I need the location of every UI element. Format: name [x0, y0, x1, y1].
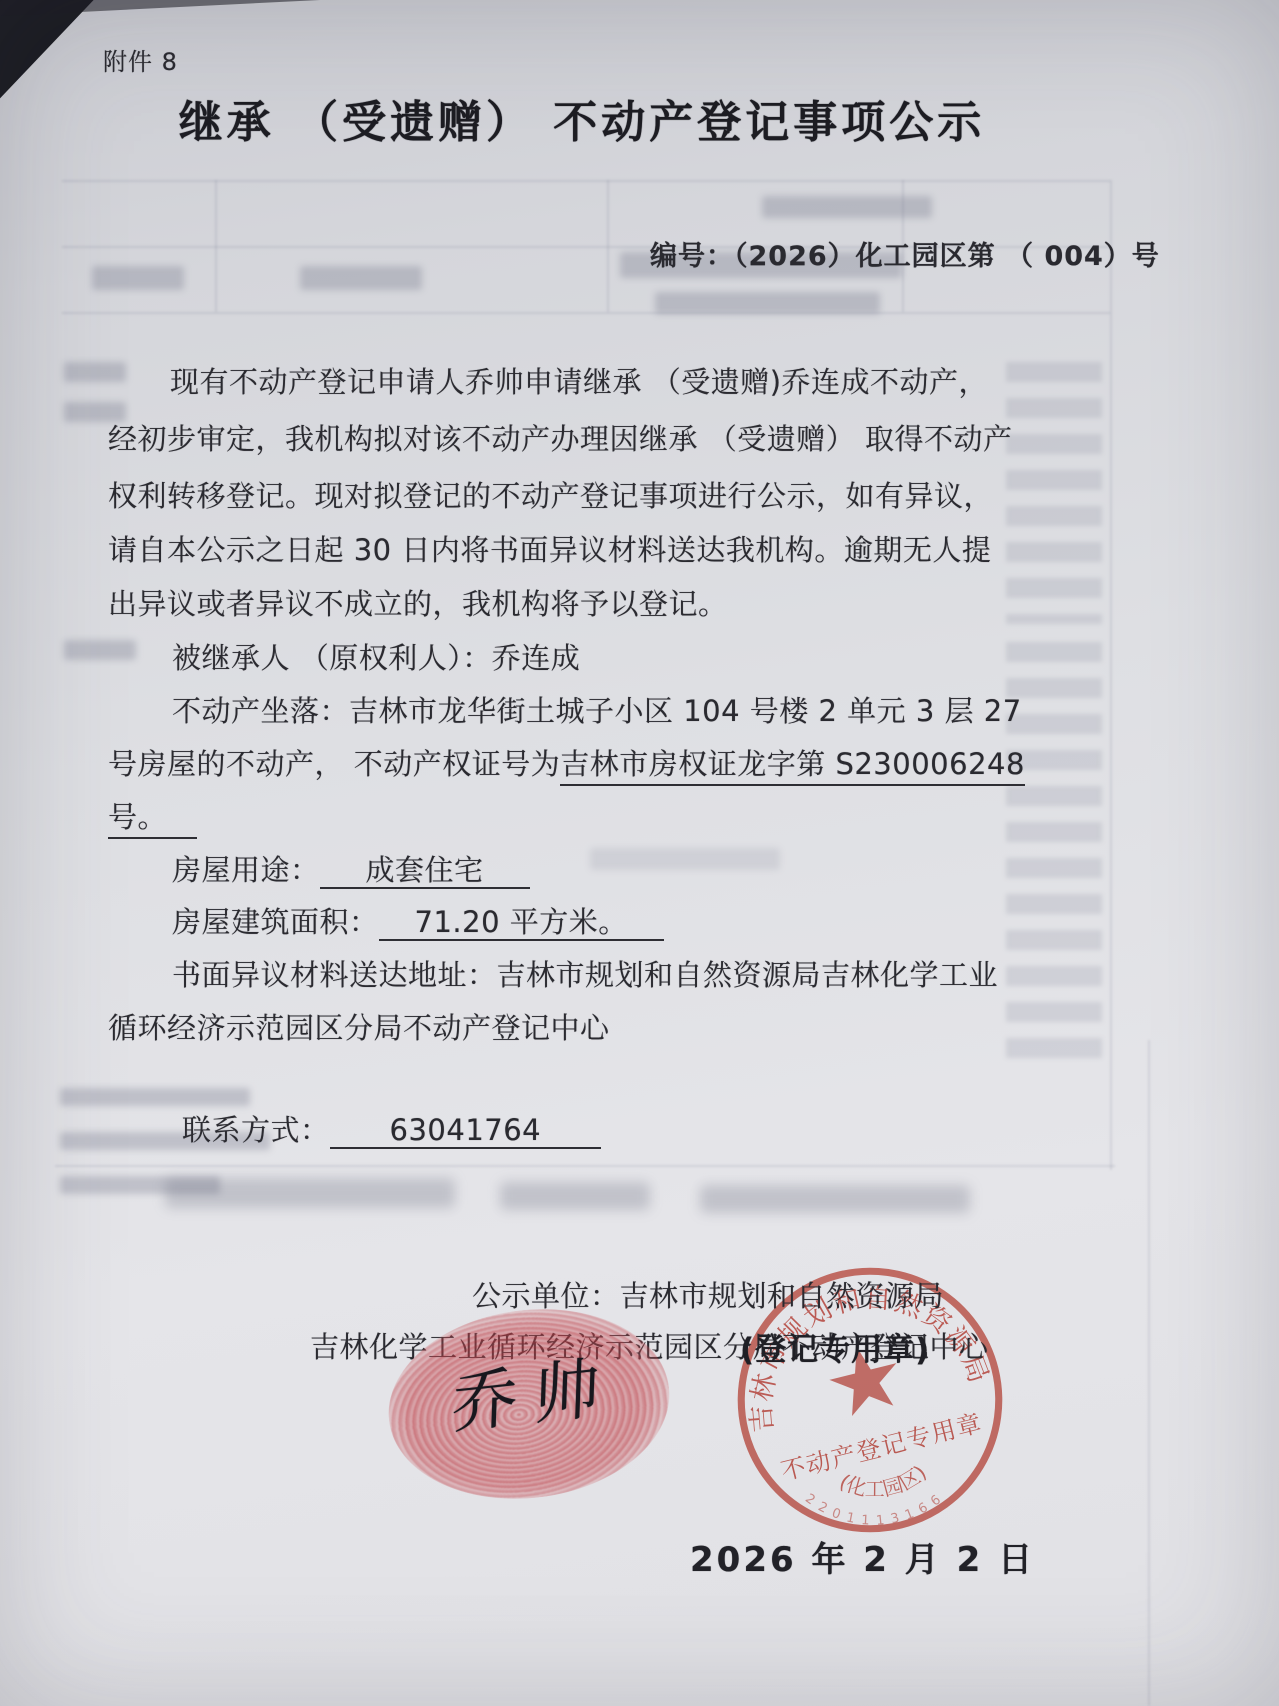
- body-line: 出异议或者异议不成立的，我机构将予以登记。: [108, 582, 728, 623]
- bleed-through-artifact: [1110, 180, 1112, 1170]
- property-location-line2: 号房屋的不动产， 不动产权证号为吉林市房权证龙字第 S230006248: [108, 742, 1025, 783]
- date-line: 2026 年 2 月 2 日: [690, 1532, 1035, 1581]
- body-line: 请自本公示之日起 30 日内将书面异议材料送达我机构。逾期无人提: [108, 528, 991, 569]
- contact-line: 联系方式：63041764: [182, 1108, 601, 1149]
- body-line: 现有不动产登记申请人乔帅申请继承 （受遗赠)乔连成不动产，: [170, 360, 988, 401]
- bleed-through-artifact: [92, 266, 184, 290]
- area-label: 房屋建筑面积：: [172, 905, 379, 939]
- body-line: 权利转移登记。现对拟登记的不动产登记事项进行公示，如有异议，: [108, 474, 993, 515]
- location-prefix: 号房屋的不动产， 不动产权证号为: [108, 747, 560, 781]
- document-photo: { "page": { "attachment_label": "附件 8", …: [0, 0, 1279, 1706]
- contact-label: 联系方式：: [182, 1113, 330, 1147]
- photo-corner-shadow: [0, 0, 120, 120]
- attachment-label: 附件 8: [103, 42, 178, 77]
- bleed-through-artifact: [762, 196, 932, 218]
- body-line: 经初步审定，我机构拟对该不动产办理因继承 （受遗赠） 取得不动产: [108, 417, 1012, 458]
- handwritten-signature: 乔帅: [451, 1333, 617, 1446]
- bleed-through-artifact: [62, 180, 1110, 182]
- objection-address-line2: 循环经济示范园区分局不动产登记中心: [108, 1006, 610, 1047]
- area-line: 房屋建筑面积：71.20 平方米。: [172, 900, 664, 941]
- bleed-through-artifact: [60, 1088, 250, 1106]
- crease-line: [1148, 1040, 1150, 1706]
- photo-edge-shadow: [0, 0, 320, 16]
- bleed-through-artifact: [500, 1182, 650, 1210]
- bleed-through-artifact: [590, 848, 780, 870]
- decedent-line: 被继承人 （原权利人）：乔连成: [172, 636, 580, 677]
- doc-number: 编号：（2026）化工园区第 （ 004）号: [650, 234, 1160, 273]
- objection-address-line1: 书面异议材料送达地址：吉林市规划和自然资源局吉林化学工业: [172, 953, 998, 994]
- contact-value: 63041764: [330, 1113, 602, 1149]
- bleed-through-artifact: [64, 640, 136, 660]
- property-location-line3: 号。: [108, 795, 197, 836]
- bleed-through-artifact: [1006, 362, 1102, 624]
- bleed-through-artifact: [655, 292, 880, 314]
- certificate-number-tail-underlined: 号。: [108, 800, 197, 839]
- usage-label: 房屋用途：: [172, 853, 320, 887]
- bleed-through-artifact: [62, 312, 1110, 314]
- bleed-through-artifact: [55, 1165, 1115, 1167]
- usage-value: 成套住宅: [320, 853, 530, 889]
- bleed-through-artifact: [300, 266, 422, 290]
- area-value: 71.20 平方米。: [379, 905, 664, 941]
- page-title: 继承 （受遗赠） 不动产登记事项公示: [142, 86, 1022, 150]
- bleed-through-artifact: [165, 1178, 455, 1208]
- bleed-through-artifact: [607, 180, 609, 312]
- usage-line: 房屋用途：成套住宅: [172, 848, 530, 889]
- property-location-line1: 不动产坐落：吉林市龙华街土城子小区 104 号楼 2 单元 3 层 27: [172, 689, 1022, 730]
- seal-overlay-label: (登记专用章): [740, 1324, 930, 1369]
- certificate-number-underlined: 吉林市房权证龙字第 S230006248: [560, 747, 1025, 786]
- bleed-through-artifact: [700, 1185, 970, 1213]
- bleed-through-artifact: [64, 362, 126, 382]
- bleed-through-artifact: [215, 180, 217, 312]
- seal-inner-text: 不动产登记专用章: [778, 1408, 986, 1486]
- bleed-through-artifact: [60, 1176, 220, 1194]
